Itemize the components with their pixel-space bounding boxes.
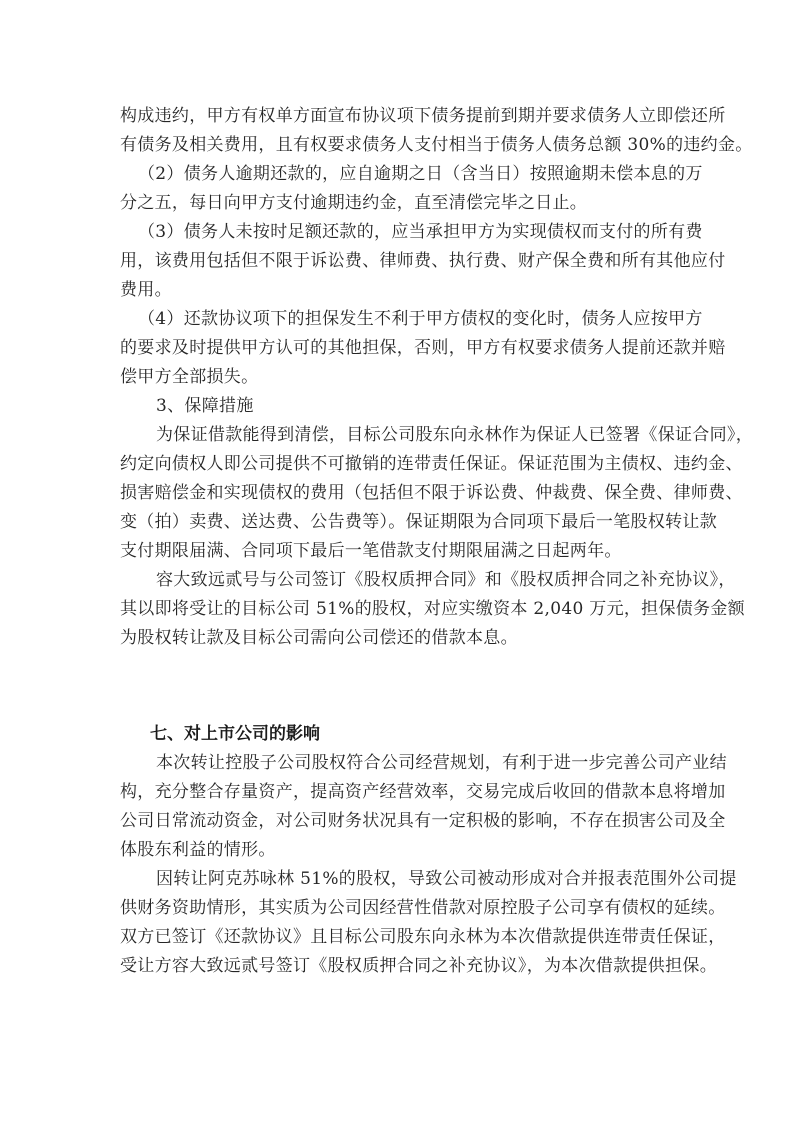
- text-line: 支付期限届满、合同项下最后一笔借款支付期限届满之日起两年。: [120, 537, 680, 566]
- text-line: 容大致远贰号与公司签订《股权质押合同》和《股权质押合同之补充协议》，: [156, 566, 680, 595]
- text-line: 双方已签订《还款协议》且目标公司股东向永林为本次借款提供连带责任保证，: [120, 923, 680, 952]
- text-line: 受让方容大致远贰号签订《股权质押合同之补充协议》，为本次借款提供担保。: [120, 952, 680, 981]
- text-line: 为股权转让款及目标公司需向公司偿还的借款本息。: [120, 624, 680, 653]
- text-line: 本次转让控股子公司股权符合公司经营规划，有利于进一步完善公司产业结: [156, 749, 680, 778]
- text-line: 供财务资助情形，其实质为公司因经营性借款对原控股子公司享有债权的延续。: [120, 894, 680, 923]
- text-line: 分之五，每日向甲方支付逾期违约金，直至清偿完毕之日止。: [120, 189, 680, 218]
- text-line: 因转让阿克苏咏林 51%的股权，导致公司被动形成对合并报表范围外公司提: [156, 865, 680, 894]
- text-line: 用，该费用包括但不限于诉讼费、律师费、执行费、财产保全费和所有其他应付: [120, 247, 680, 276]
- text-line: 的要求及时提供甲方认可的其他担保，否则，甲方有权要求债务人提前还款并赔: [120, 334, 680, 363]
- text-line: 有债务及相关费用，且有权要求债务人支付相当于债务人债务总额 30%的违约金。: [120, 131, 680, 160]
- text-line: 公司日常流动资金，对公司财务状况具有一定积极的影响，不存在损害公司及全: [120, 807, 680, 836]
- text-line: 构，充分整合存量资产，提高资产经营效率，交易完成后收回的借款本息将增加: [120, 778, 680, 807]
- text-line: 变（拍）卖费、送达费、公告费等）。保证期限为合同项下最后一笔股权转让款: [120, 508, 680, 537]
- text-line: 损害赔偿金和实现债权的费用（包括但不限于诉讼费、仲裁费、保全费、律师费、: [120, 479, 680, 508]
- document-page: 构成违约，甲方有权单方面宣布协议项下债务提前到期并要求债务人立即偿还所 有债务及…: [0, 0, 793, 1122]
- subsection-heading: 3、保障措施: [156, 392, 680, 421]
- section-heading: 七、对上市公司的影响: [150, 720, 320, 749]
- text-line: 其以即将受让的目标公司 51%的股权，对应实缴资本 2,040 万元，担保债务金…: [120, 595, 680, 624]
- text-line: （2）债务人逾期还款的，应自逾期之日（含当日）按照逾期未偿本息的万: [138, 160, 680, 189]
- text-line: 构成违约，甲方有权单方面宣布协议项下债务提前到期并要求债务人立即偿还所: [120, 102, 680, 131]
- text-line: （4）还款协议项下的担保发生不利于甲方债权的变化时，债务人应按甲方: [138, 305, 680, 334]
- text-line: 为保证借款能得到清偿，目标公司股东向永林作为保证人已签署《保证合同》，: [156, 421, 680, 450]
- text-line: 费用。: [120, 276, 680, 305]
- text-line: 约定向债权人即公司提供不可撤销的连带责任保证。保证范围为主债权、违约金、: [120, 450, 680, 479]
- text-line: （3）债务人未按时足额还款的，应当承担甲方为实现债权而支付的所有费: [138, 218, 680, 247]
- text-line: 偿甲方全部损失。: [120, 363, 680, 392]
- text-line: 体股东利益的情形。: [120, 836, 680, 865]
